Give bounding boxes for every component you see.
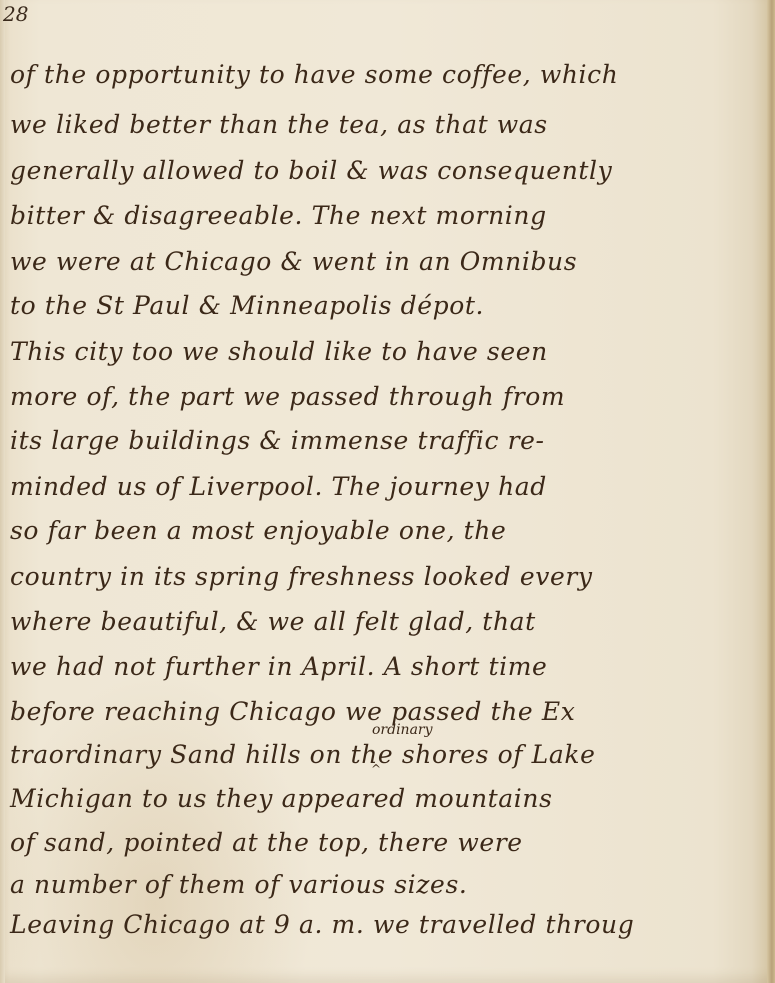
handwritten-line-7: This city too we should like to have see… bbox=[10, 339, 755, 364]
handwritten-line-6: to the St Paul & Minneapolis dépot. bbox=[10, 293, 755, 318]
manuscript-page: 28 of the opportunity to have some coffe… bbox=[0, 0, 775, 983]
handwritten-line-5: we were at Chicago & went in an Omnibus bbox=[10, 249, 755, 274]
handwritten-line-12: country in its spring freshness looked e… bbox=[10, 564, 755, 589]
interlinear-insertion: ordinary bbox=[372, 722, 433, 738]
handwritten-line-14: we had not further in April. A short tim… bbox=[10, 654, 755, 679]
handwritten-line-3: generally allowed to boil & was conseque… bbox=[10, 158, 755, 183]
handwritten-line-1: of the opportunity to have some coffee, … bbox=[10, 62, 755, 87]
page-number: 28 bbox=[3, 2, 28, 26]
handwritten-line-19: a number of them of various sizes. bbox=[10, 872, 755, 897]
handwritten-line-11: so far been a most enjoyable one, the bbox=[10, 518, 755, 543]
handwritten-line-2: we liked better than the tea, as that wa… bbox=[10, 112, 755, 137]
handwritten-line-13: where beautiful, & we all felt glad, tha… bbox=[10, 609, 755, 634]
handwritten-line-8: more of, the part we passed through from bbox=[10, 384, 755, 409]
handwritten-line-15: before reaching Chicago we passed the Ex bbox=[10, 699, 755, 724]
handwritten-line-9: its large buildings & immense traffic re… bbox=[10, 428, 755, 453]
page-edge-right bbox=[767, 0, 775, 983]
handwritten-line-20: Leaving Chicago at 9 a. m. we travelled … bbox=[10, 912, 755, 937]
handwritten-line-18: of sand, pointed at the top, there were bbox=[10, 830, 755, 855]
handwritten-line-10: minded us of Liverpool. The journey had bbox=[10, 474, 755, 499]
handwritten-line-4: bitter & disagreeable. The next morning bbox=[10, 203, 755, 228]
page-edge-left bbox=[0, 0, 5, 983]
handwritten-line-17: Michigan to us they appeared mountains bbox=[10, 786, 755, 811]
handwritten-line-16: traordinary Sand hills on the shores of … bbox=[10, 742, 755, 767]
